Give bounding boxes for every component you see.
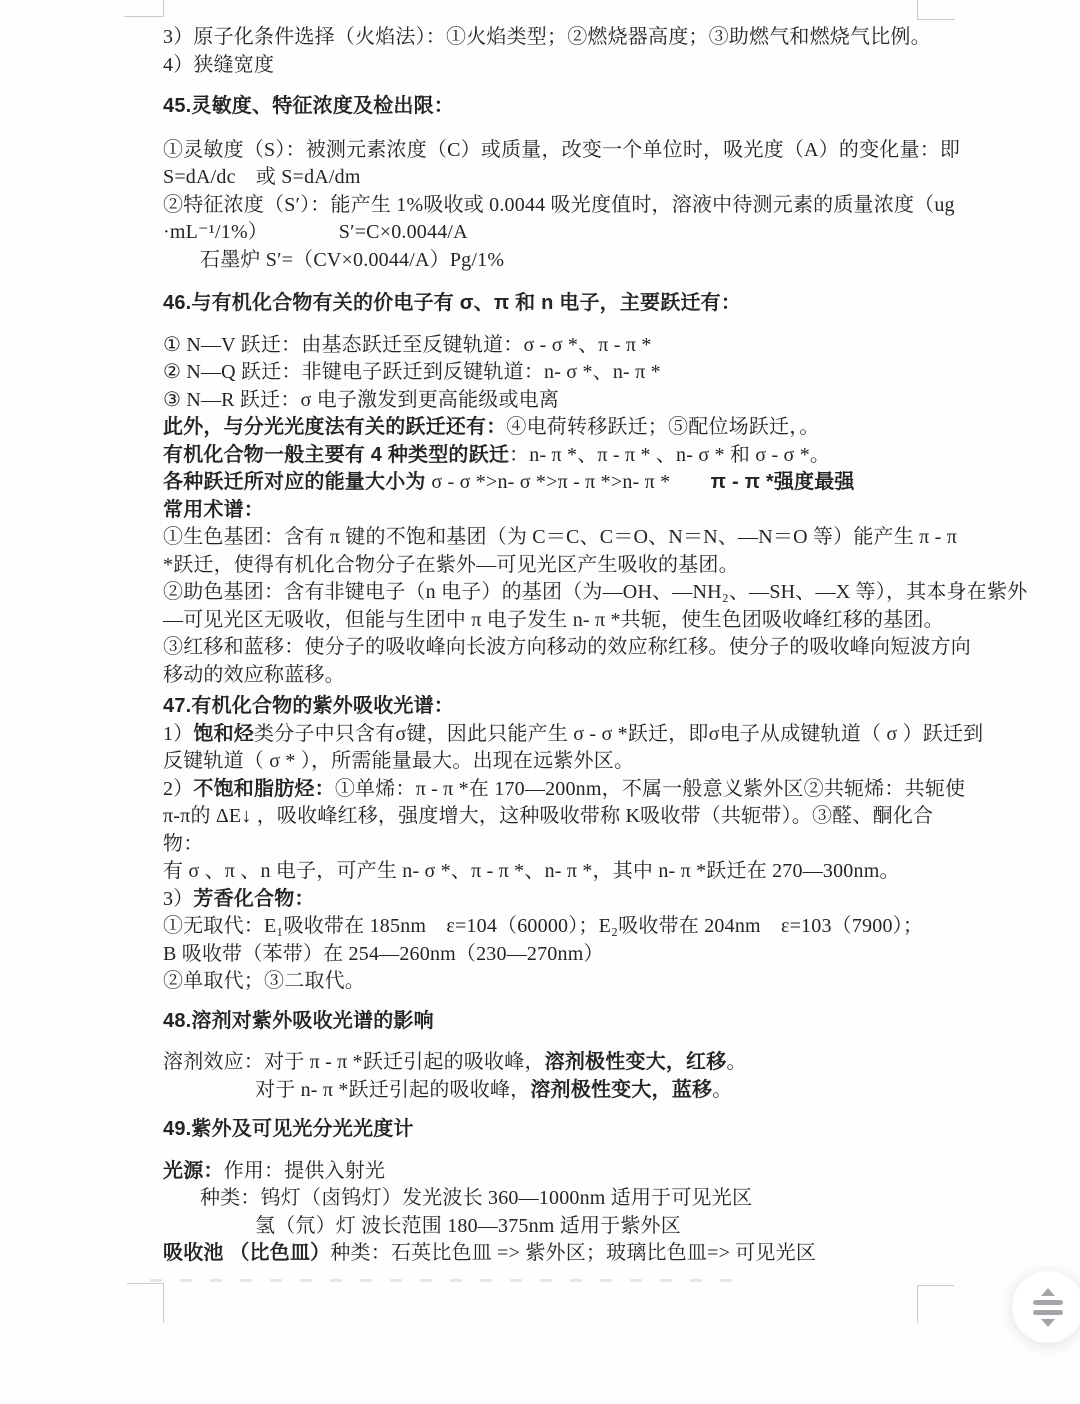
text-line: B 吸收带（苯带）在 254—260nm（230—270nm） [163,941,963,969]
text-line: ①无取代：E₁吸收带在 185nm ε=104（60000）；E₂吸收带在 20… [163,913,963,941]
page-edge-mark-bottom-right [917,1285,954,1323]
text-line: ③红移和蓝移：使分子的吸收峰向长波方向移动的效应称红移。使分子的吸收峰向短波方向 [163,634,963,662]
text-line: 49.紫外及可见光分光光度计 [163,1116,963,1144]
text-line: ①灵敏度（S）：被测元素浓度（C）或质量，改变一个单位时，吸光度（A）的变化量：… [163,137,963,165]
text-line: 4）狭缝宽度 [163,52,963,80]
page-edge-mark-top-left [124,0,164,17]
page-edge-mark-bottom-left [127,1283,164,1323]
text-line: ①生色基团：含有 π 键的不饱和基团（为 C＝C、C＝O、N＝N、—N＝O 等）… [163,524,963,552]
text-line: 种类：钨灯（卤钨灯）发光波长 360—1000nm 适用于可见光区 [163,1185,963,1213]
text-line: 此外，与分光光度法有关的跃迁还有：④电荷转移跃迁；⑤配位场跃迁，。 [163,414,963,442]
document-page: 3）原子化条件选择（火焰法）：①火焰类型；②燃烧器高度；③助燃气和燃烧气比例。4… [0,0,1080,1404]
text-line: 45.灵敏度、特征浓度及检出限： [163,93,963,121]
text-line: 对于 n- π *跃迁引起的吸收峰，溶剂极性变大，蓝移。 [163,1077,963,1105]
text-line: 3）原子化条件选择（火焰法）：①火焰类型；②燃烧器高度；③助燃气和燃烧气比例。 [163,24,963,52]
scroll-down-arrow-icon [1041,1319,1055,1327]
text-line: 2）不饱和脂肪烃：①单烯：π - π *在 170—200nm，不属一般意义紫外… [163,776,963,804]
text-line: 常用术谱： [163,497,963,525]
text-line: 48.溶剂对紫外吸收光谱的影响 [163,1008,963,1036]
text-line: 各种跃迁所对应的能量大小为 σ - σ *>n- σ *>π - π *>n- … [163,469,963,497]
text-line: 吸收池 （比色皿）种类：石英比色皿 => 紫外区；玻璃比色皿=> 可见光区 [163,1240,963,1268]
text-line: 石墨炉 S′=（CV×0.0044/A）Pg/1% [163,247,963,275]
text-line: 反键轨道（ σ * ），所需能量最大。出现在远紫外区。 [163,748,963,776]
text-line: ②助色基团：含有非键电子（n 电子）的基团（为—OH、—NH₂、—SH、—X 等… [163,579,963,607]
scroll-handle-button[interactable] [1012,1271,1080,1343]
text-line: 1）饱和烃类分子中只含有σ键，因此只能产生 σ - σ *跃迁，即σ电子从成键轨… [163,721,963,749]
text-line: ① N—V 跃迁：由基态跃迁至反键轨道：σ - σ *、π - π * [163,332,963,360]
text-line: ③ N—R 跃迁：σ 电子激发到更高能级或电离 [163,387,963,415]
text-line: *跃迁，使得有机化合物分子在紫外—可见光区产生吸收的基团。 [163,552,963,580]
text-line: —可见光区无吸收，但能与生团中 π 电子发生 n- π *共轭，使生色团吸收峰红… [163,607,963,635]
text-line: 3）芳香化合物： [163,886,963,914]
text-line: 移动的效应称蓝移。 [163,662,963,690]
text-line: ②特征浓度（S′）：能产生 1%吸收或 0.0044 吸光度值时，溶液中待测元素… [163,192,963,220]
scroll-grip-icon [1033,1300,1063,1315]
scroll-up-arrow-icon [1041,1288,1055,1296]
text-line: 47.有机化合物的紫外吸收光谱： [163,693,963,721]
text-line: ② N—Q 跃迁：非键电子跃迁到反键轨道：n- σ *、n- π * [163,359,963,387]
document-text: 3）原子化条件选择（火焰法）：①火焰类型；②燃烧器高度；③助燃气和燃烧气比例。4… [163,24,963,1268]
next-page-text-clip [150,1279,740,1282]
text-line: 有机化合物一般主要有 4 种类型的跃迁：n- π *、π - π * 、n- σ… [163,442,963,470]
text-line: 光源：作用：提供入射光 [163,1158,963,1186]
text-line: 溶剂效应：对于 π - π *跃迁引起的吸收峰，溶剂极性变大，红移。 [163,1049,963,1077]
text-line: 氢（氘）灯 波长范围 180—375nm 适用于紫外区 [163,1213,963,1241]
text-line: 46.与有机化合物有关的价电子有 σ、π 和 n 电子，主要跃迁有： [163,290,963,318]
text-line: ②单取代；③二取代。 [163,968,963,996]
text-line: 有 σ 、π 、n 电子，可产生 n- σ *、π - π *、n- π *，其… [163,858,963,886]
text-line: S=dA/dc 或 S=dA/dm [163,164,963,192]
text-line: ·mL⁻¹/1%） S′=C×0.0044/A [163,219,963,247]
text-line: π-π的 ΔE↓ ，吸收峰红移，强度增大，这种吸收带称 K吸收带（共轭带）。③醛… [163,803,963,831]
page-edge-mark-top-right [917,0,955,20]
text-line: 物： [163,831,963,859]
